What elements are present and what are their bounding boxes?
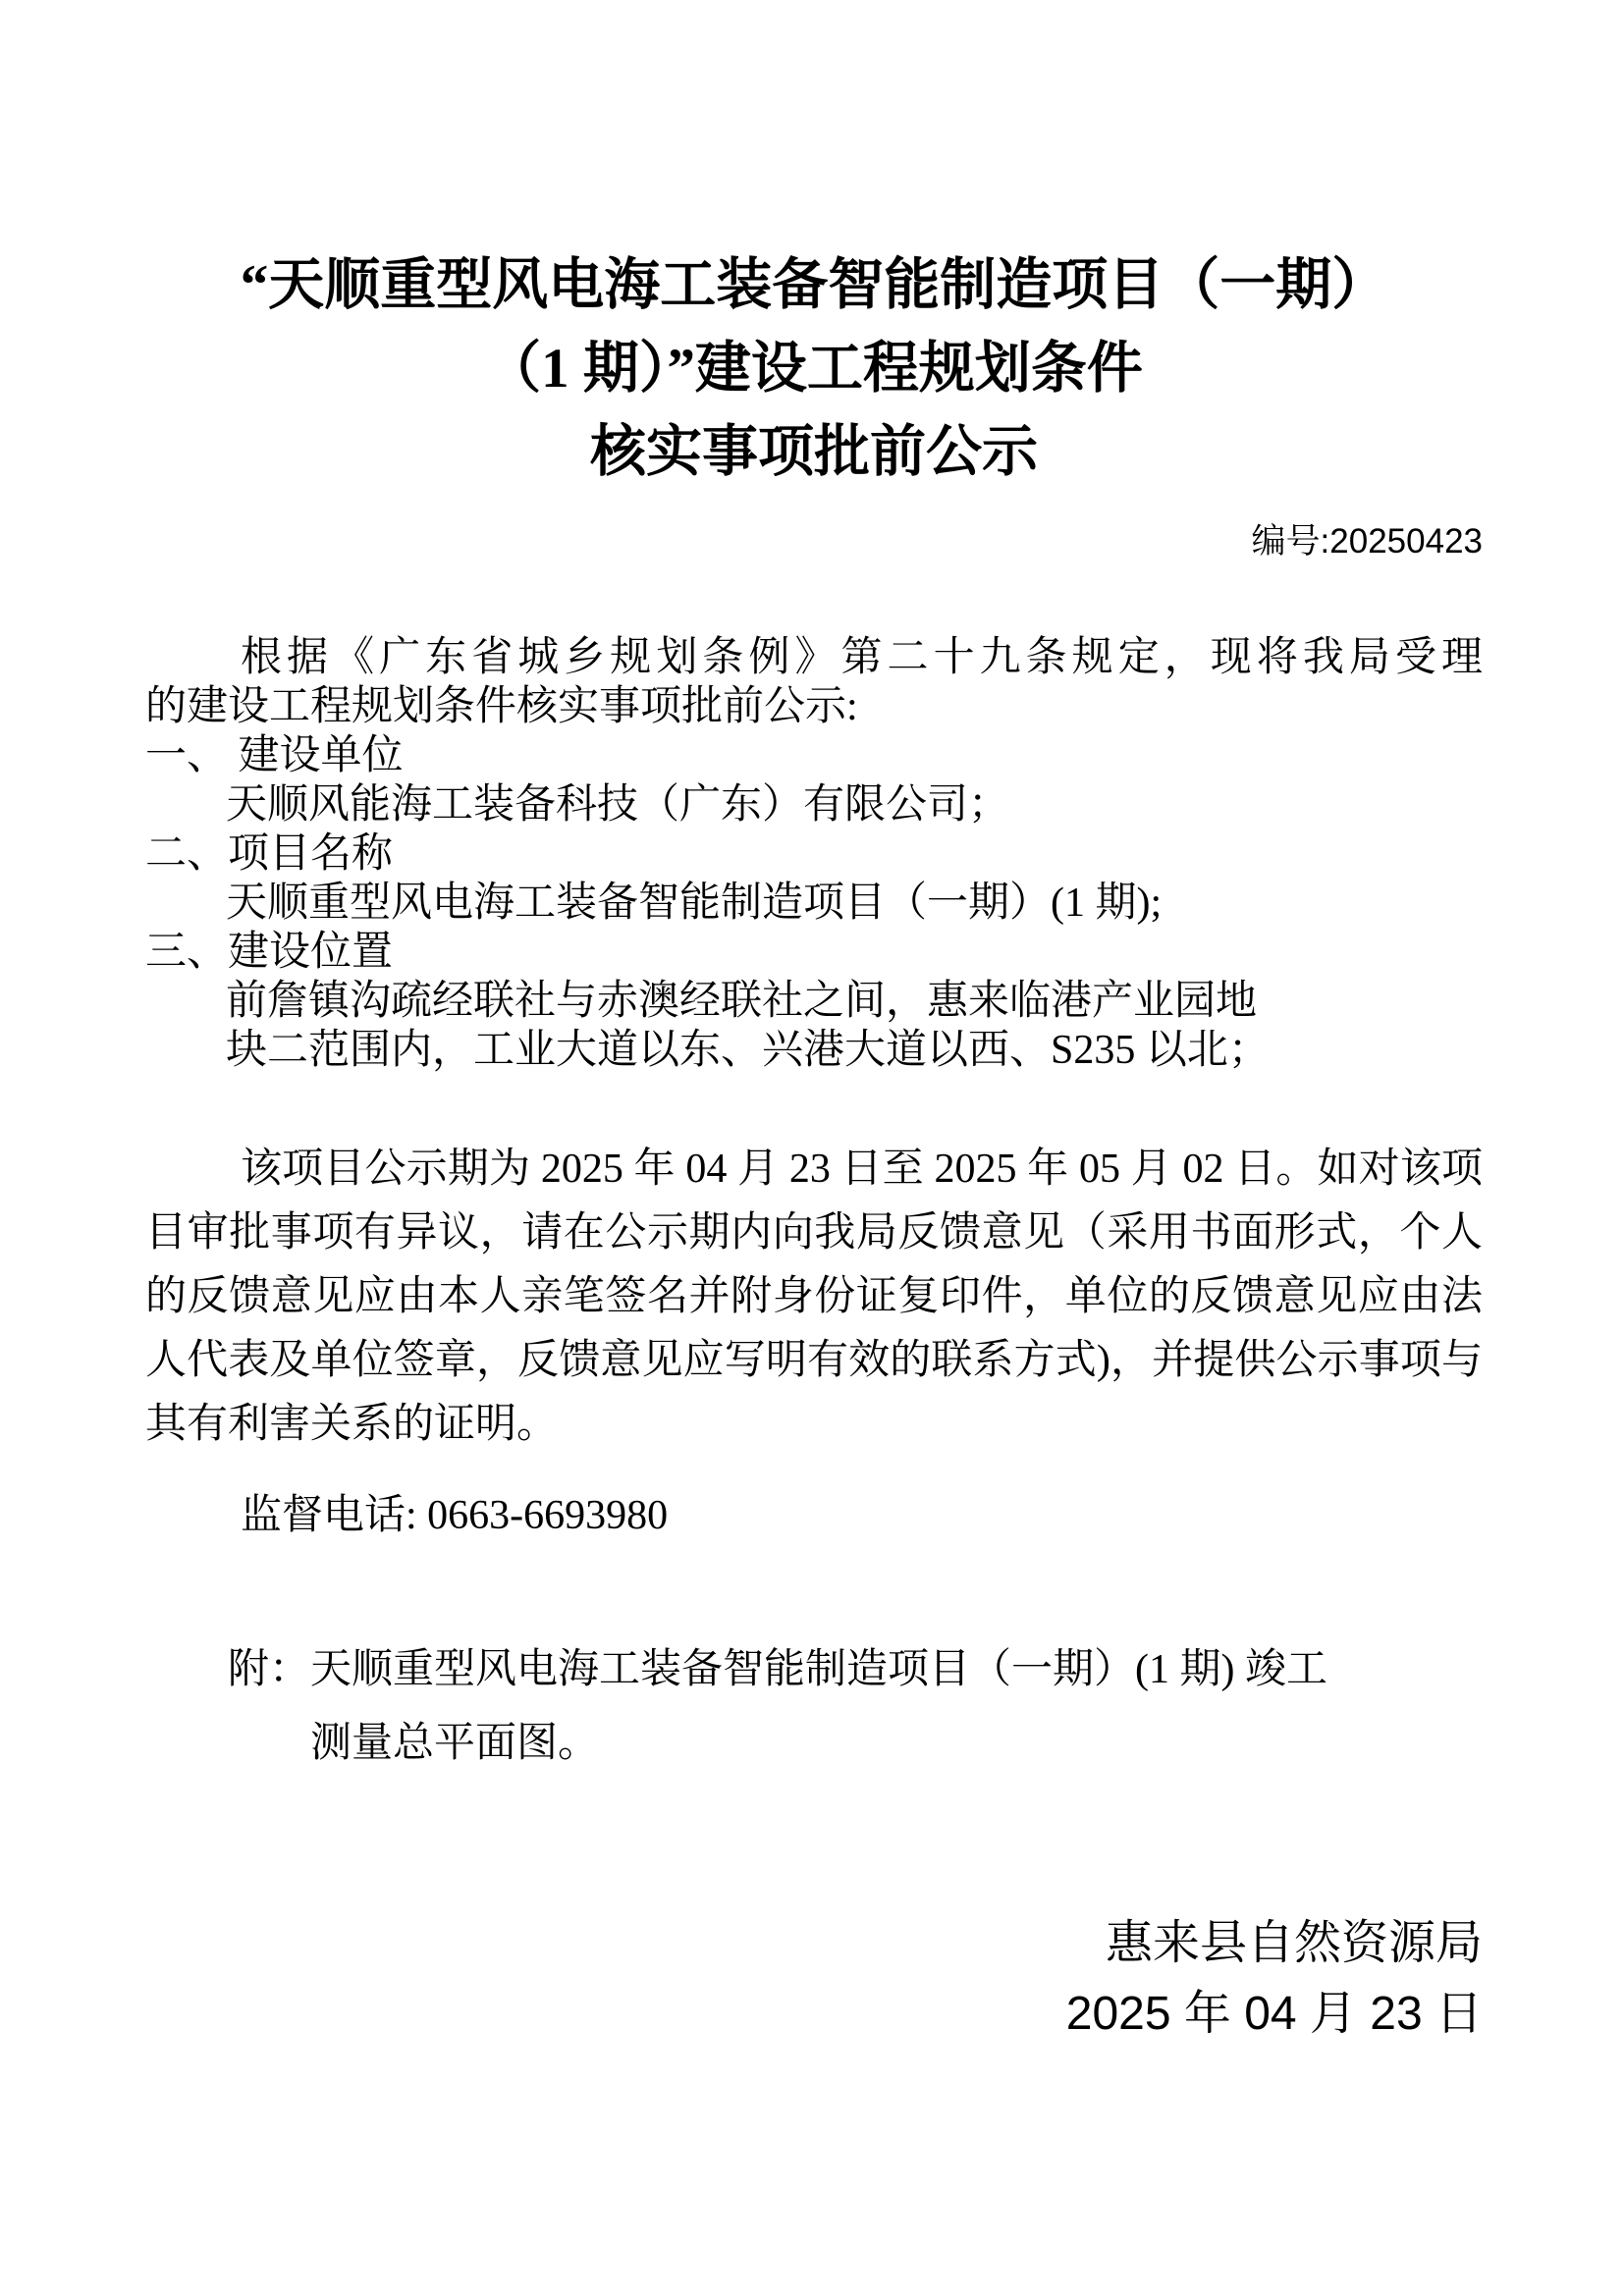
- notice-line: 该项目公示期为 2025 年 04 月 23 日至 2025 年 05 月 02…: [145, 1138, 1483, 1201]
- intro-paragraph: 根据《广东省城乡规划条例》第二十九条规定，现将我局受理 的建设工程规划条件核实事…: [145, 633, 1483, 731]
- section-3-content-line: 块二范围内，工业大道以东、兴港大道以西、S235 以北；: [145, 1026, 1483, 1075]
- title-line-2: （1 期）”建设工程规划条件: [145, 327, 1483, 410]
- intro-line: 的建设工程规划条件核实事项批前公示:: [145, 682, 1483, 731]
- attachment-label: 附：: [228, 1633, 310, 1707]
- attachment-body: 天顺重型风电海工装备智能制造项目（一期）(1 期) 竣工 测量总平面图。: [310, 1633, 1327, 1781]
- section-2-heading: 二、项目名称: [145, 829, 1483, 879]
- attachment-note: 附： 天顺重型风电海工装备智能制造项目（一期）(1 期) 竣工 测量总平面图。: [145, 1633, 1483, 1781]
- notice-line: 目审批事项有异议，请在公示期内向我局反馈意见（采用书面形式，个人: [145, 1201, 1483, 1265]
- section-2-content-line: 天顺重型风电海工装备智能制造项目（一期）(1 期);: [145, 879, 1483, 928]
- section-1-content-line: 天顺风能海工装备科技（广东）有限公司；: [145, 780, 1483, 829]
- numbered-sections: 一、 建设单位 天顺风能海工装备科技（广东）有限公司； 二、项目名称 天顺重型风…: [145, 731, 1483, 1075]
- document-content: “天顺重型风电海工装备智能制造项目（一期） （1 期）”建设工程规划条件 核实事…: [0, 0, 1624, 2050]
- notice-paragraph: 该项目公示期为 2025 年 04 月 23 日至 2025 年 05 月 02…: [145, 1138, 1483, 1457]
- phone-line: 监督电话: 0663-6693980: [145, 1491, 1483, 1540]
- notice-line: 的反馈意见应由本人亲笔签名并附身份证复印件，单位的反馈意见应由法: [145, 1265, 1483, 1329]
- section-3-content-line: 前詹镇沟疏经联社与赤澳经联社之间，惠来临港产业园地: [145, 977, 1483, 1026]
- document-body: 根据《广东省城乡规划条例》第二十九条规定，现将我局受理 的建设工程规划条件核实事…: [145, 633, 1483, 2050]
- signature-block: 惠来县自然资源局 2025 年 04 月 23 日: [145, 1908, 1483, 2050]
- signature-org: 惠来县自然资源局: [145, 1908, 1483, 1979]
- signature-date: 2025 年 04 月 23 日: [145, 1979, 1483, 2050]
- intro-line: 根据《广东省城乡规划条例》第二十九条规定，现将我局受理: [145, 633, 1483, 682]
- notice-line: 其有利害关系的证明。: [145, 1393, 1483, 1457]
- doc-number: 编号:20250423: [145, 519, 1483, 564]
- section-1-heading: 一、 建设单位: [145, 731, 1483, 780]
- title-line-1: “天顺重型风电海工装备智能制造项目（一期）: [145, 243, 1483, 327]
- notice-line: 人代表及单位签章，反馈意见应写明有效的联系方式)，并提供公示事项与: [145, 1329, 1483, 1393]
- document-title: “天顺重型风电海工装备智能制造项目（一期） （1 期）”建设工程规划条件 核实事…: [145, 243, 1483, 494]
- section-3-heading: 三、建设位置: [145, 928, 1483, 977]
- attachment-line: 测量总平面图。: [310, 1707, 1327, 1781]
- document-page: “天顺重型风电海工装备智能制造项目（一期） （1 期）”建设工程规划条件 核实事…: [0, 0, 1624, 2296]
- attachment-line: 天顺重型风电海工装备智能制造项目（一期）(1 期) 竣工: [310, 1633, 1327, 1707]
- title-line-3: 核实事项批前公示: [145, 410, 1483, 494]
